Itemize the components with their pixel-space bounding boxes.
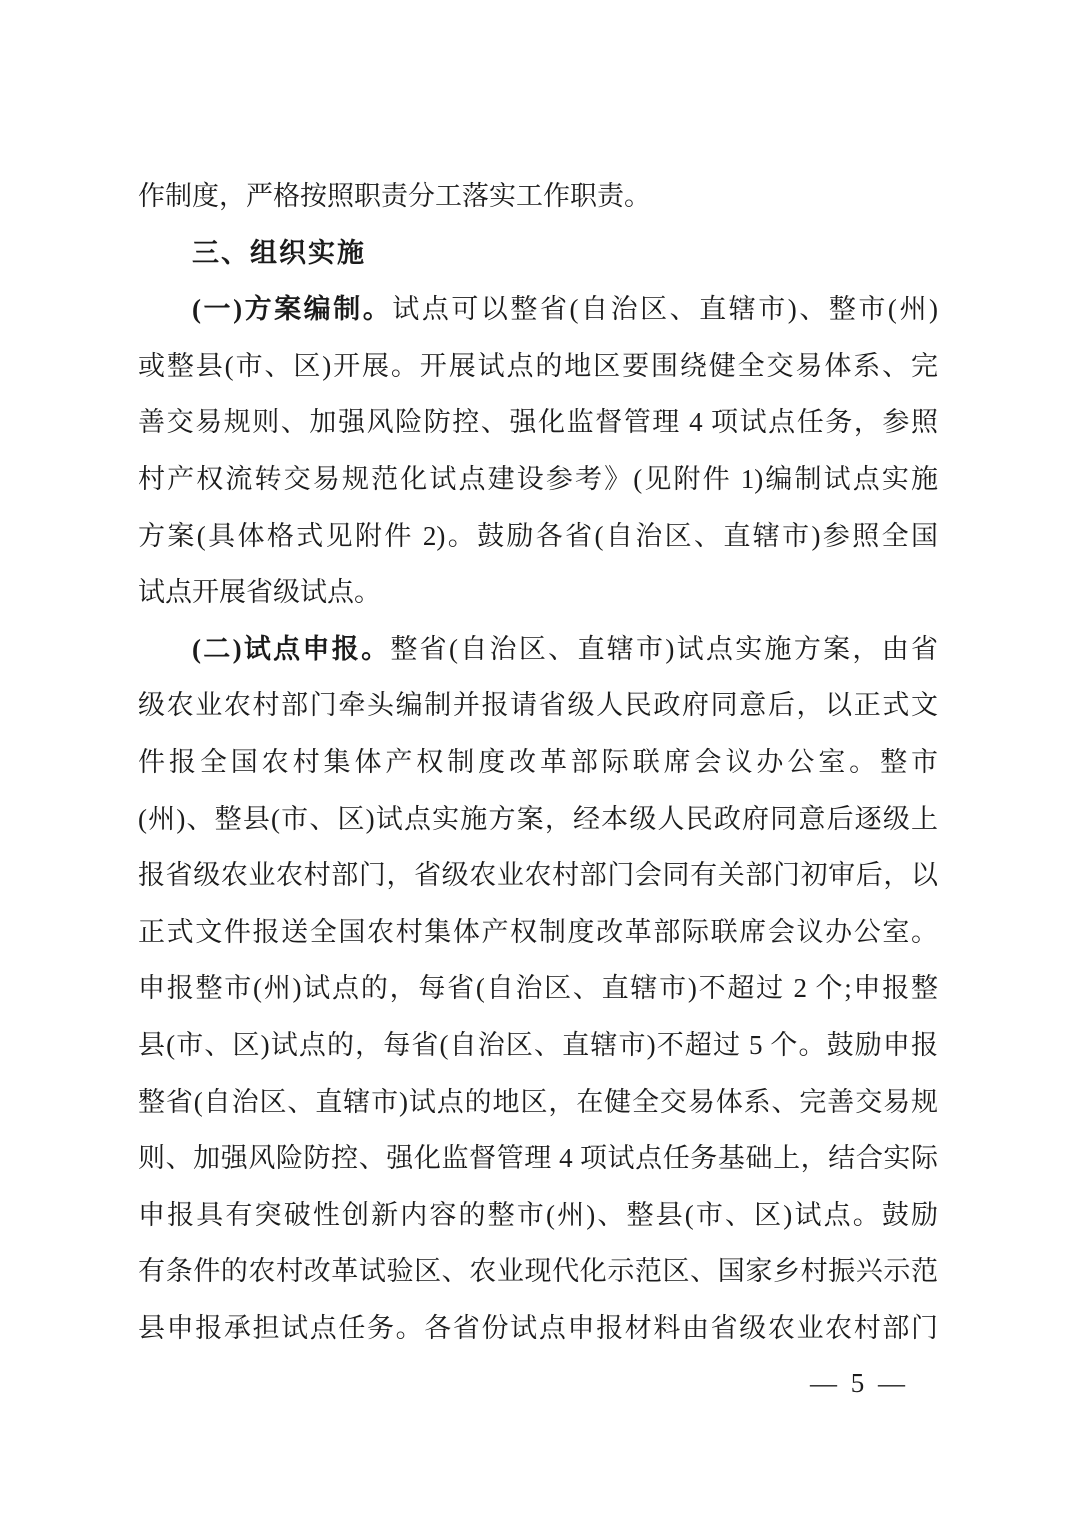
page-number: — 5 — [810,1367,905,1399]
paragraph-first-line: (二)试点申报。整省(自治区、直辖市)试点实施方案，由省 [138,621,938,678]
text-line: 方案(具体格式见附件 2)。鼓励各省(自治区、直辖市)参照全国 [138,508,938,565]
paragraph-lead: (二)试点申报。 [192,634,390,664]
document-page: 作制度，严格按照职责分工落实工作职责。 三、组织实施 (一)方案编制。试点可以整… [0,0,1080,1528]
text-line: 有条件的农村改革试验区、农业现代化示范区、国家乡村振兴示范 [138,1243,938,1300]
text-line: 整省(自治区、直辖市)试点的地区，在健全交易体系、完善交易规 [138,1074,938,1131]
text-line: 级农业农村部门牵头编制并报请省级人民政府同意后，以正式文 [138,677,938,734]
text-line: (州)、整县(市、区)试点实施方案，经本级人民政府同意后逐级上 [138,791,938,848]
text-line: 正式文件报送全国农村集体产权制度改革部际联席会议办公室。 [138,904,938,961]
text-line: 试点开展省级试点。 [138,564,938,621]
line-text: 整省(自治区、直辖市)试点实施方案，由省 [390,634,938,664]
paragraph-first-line: (一)方案编制。试点可以整省(自治区、直辖市)、整市(州) [138,281,938,338]
text-line: 作制度，严格按照职责分工落实工作职责。 [138,168,938,225]
text-line: 则、加强风险防控、强化监督管理 4 项试点任务基础上，结合实际 [138,1130,938,1187]
line-text: 试点可以整省(自治区、直辖市)、整市(州) [392,294,938,324]
text-line: 申报具有突破性创新内容的整市(州)、整县(市、区)试点。鼓励 [138,1187,938,1244]
text-line: 件报全国农村集体产权制度改革部际联席会议办公室。整市 [138,734,938,791]
text-line: 善交易规则、加强风险防控、强化监督管理 4 项试点任务，参照《农 [138,394,938,451]
text-line: 或整县(市、区)开展。开展试点的地区要围绕健全交易体系、完 [138,338,938,395]
document-body: 作制度，严格按照职责分工落实工作职责。 三、组织实施 (一)方案编制。试点可以整… [138,168,938,1356]
text-line: 报省级农业农村部门，省级农业农村部门会同有关部门初审后，以 [138,847,938,904]
text-line: 村产权流转交易规范化试点建设参考》(见附件 1)编制试点实施 [138,451,938,508]
paragraph-lead: (一)方案编制。 [192,294,392,324]
text-line: 申报整市(州)试点的，每省(自治区、直辖市)不超过 2 个;申报整 [138,960,938,1017]
section-heading: 三、组织实施 [138,225,938,282]
text-line: 县(市、区)试点的，每省(自治区、直辖市)不超过 5 个。鼓励申报 [138,1017,938,1074]
text-line: 县申报承担试点任务。各省份试点申报材料由省级农业农村部门 [138,1300,938,1357]
